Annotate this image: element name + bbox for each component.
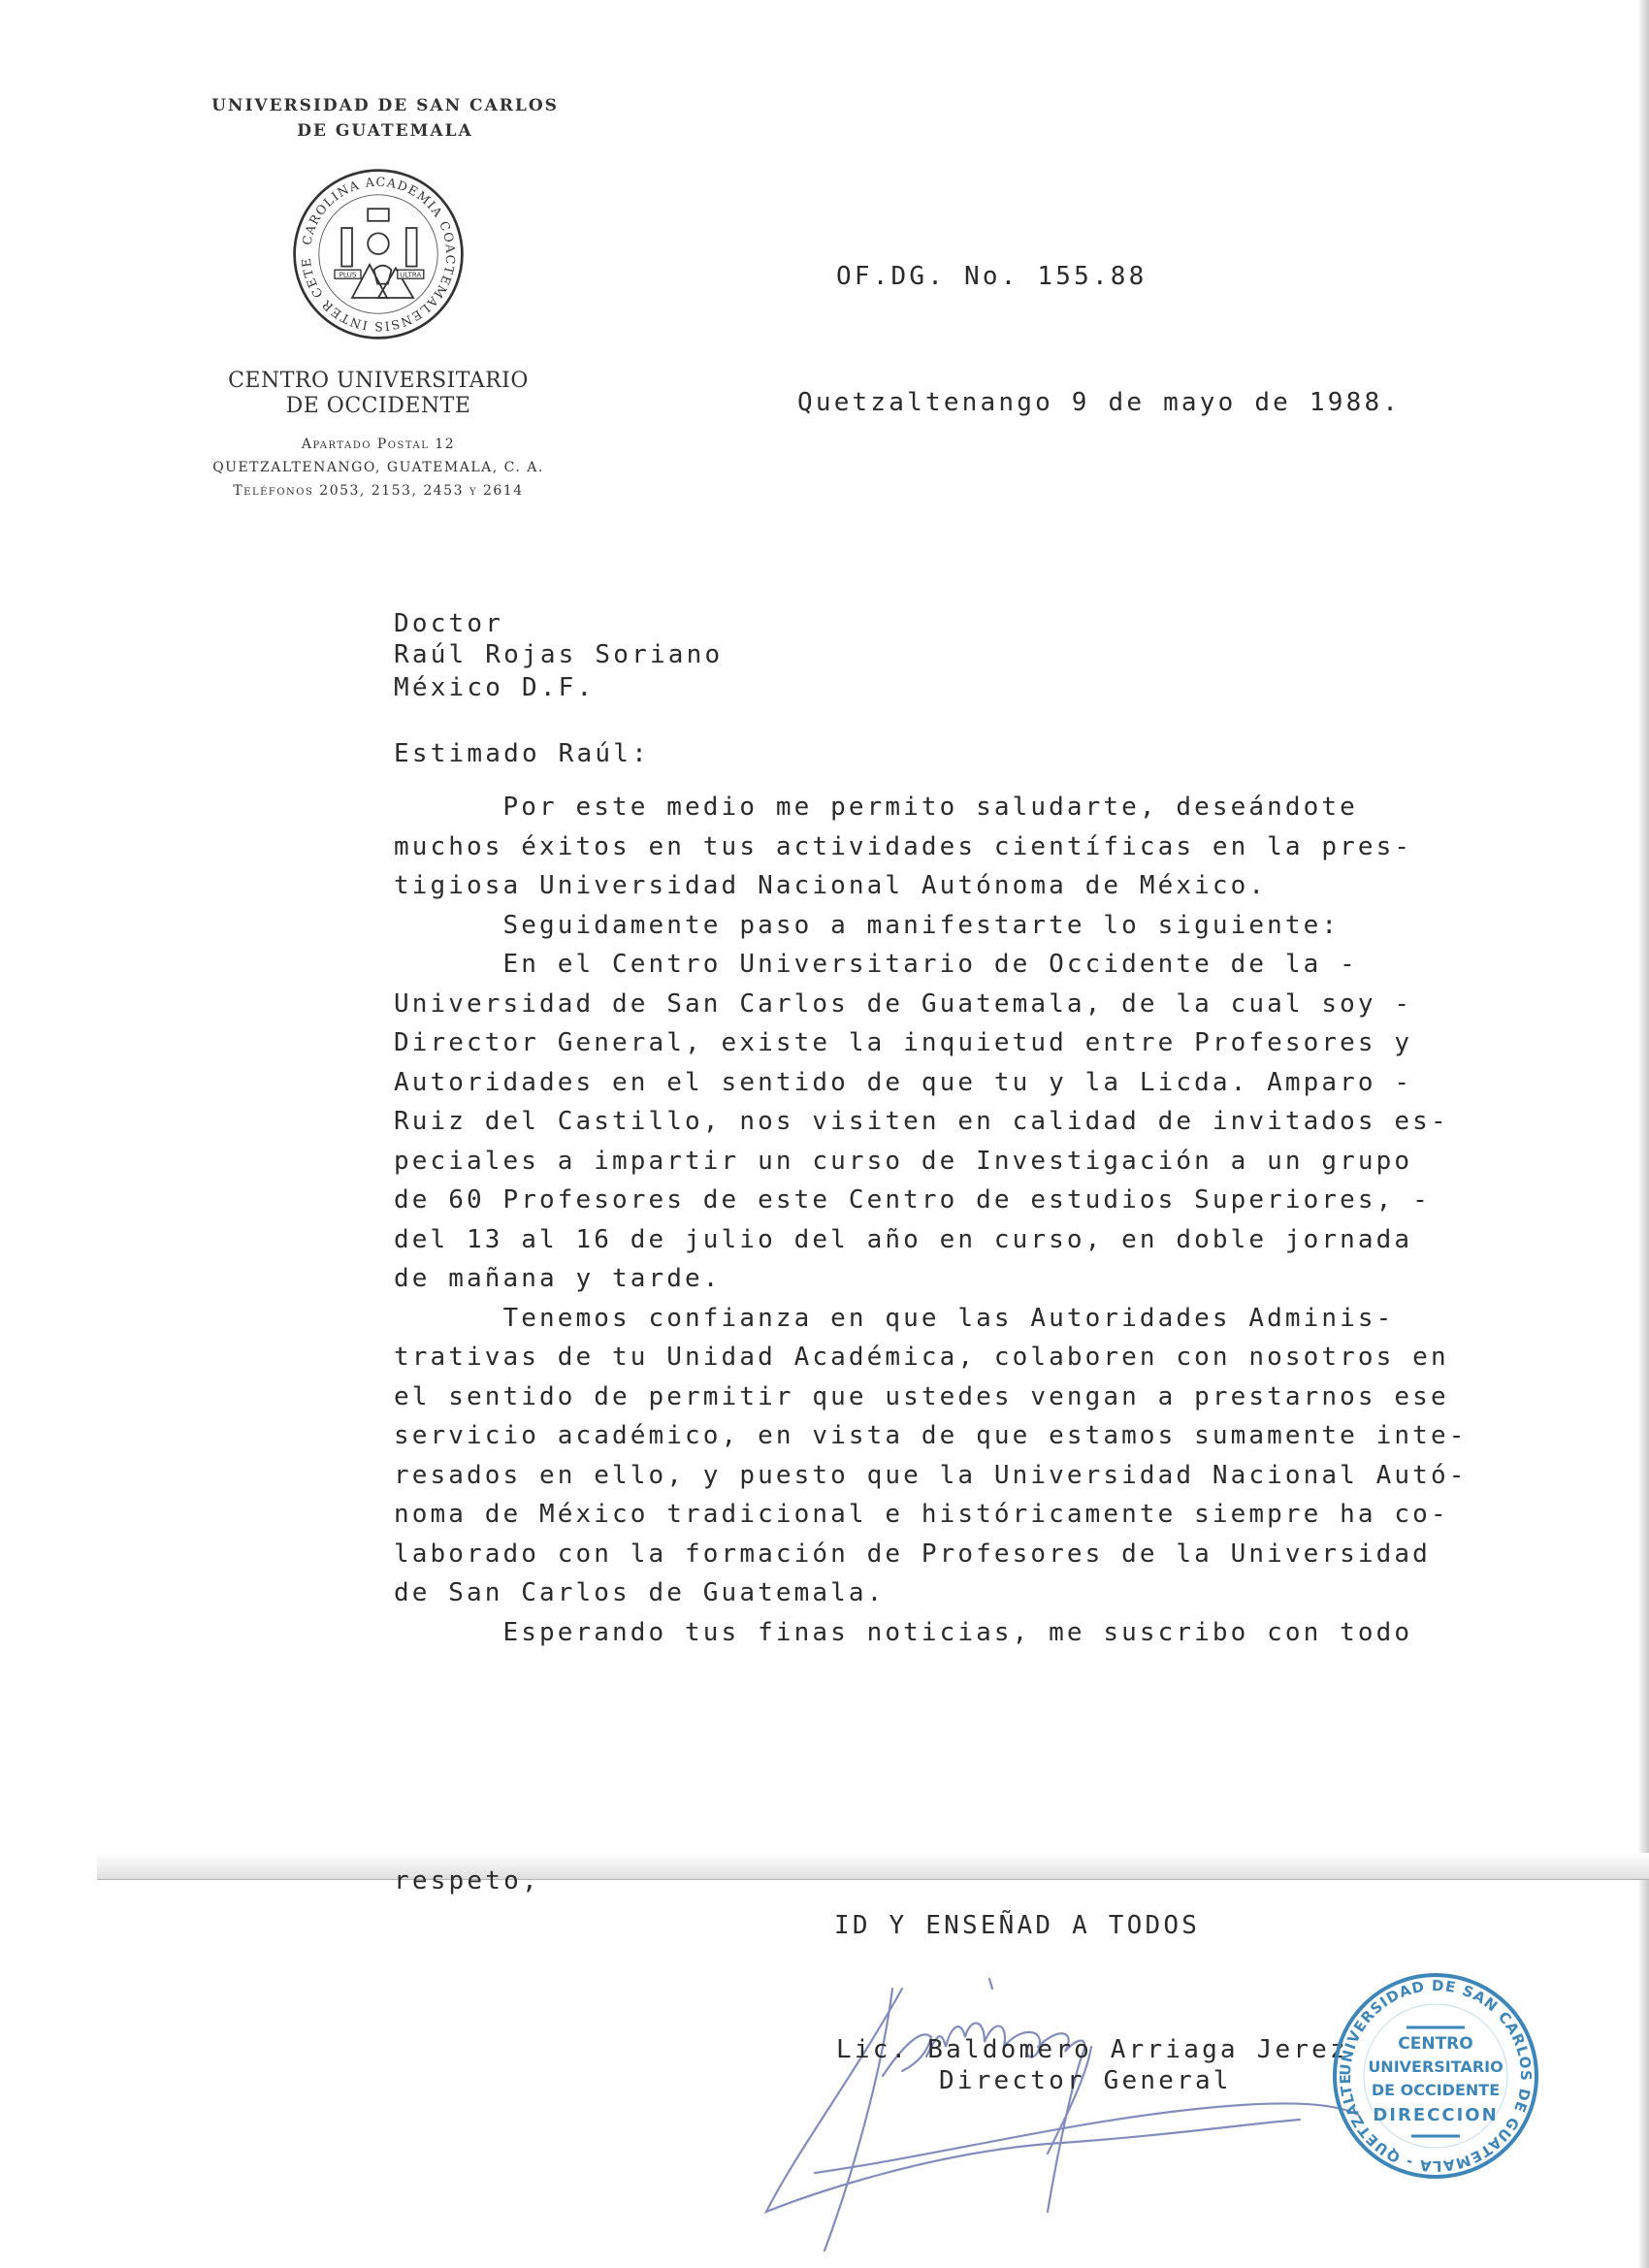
svg-text:ULTRA: ULTRA bbox=[400, 270, 421, 278]
body-line: del 13 al 16 de julio del año en curso, … bbox=[394, 1220, 1519, 1260]
svg-text:DIRECCION: DIRECCION bbox=[1373, 2105, 1498, 2125]
body-line: el sentido de permitir que ustedes venga… bbox=[394, 1377, 1519, 1417]
body-line: Por este medio me permito saludarte, des… bbox=[394, 788, 1519, 827]
svg-text:UNIVERSITARIO: UNIVERSITARIO bbox=[1368, 2057, 1503, 2076]
body-line: Tenemos confianza en que las Autoridades… bbox=[394, 1299, 1519, 1339]
postal-address: Apartado Postal 12 bbox=[155, 433, 601, 456]
letter-body: Por este medio me permito saludarte, des… bbox=[394, 788, 1519, 1652]
body-line: Universidad de San Carlos de Guatemala, … bbox=[394, 985, 1519, 1024]
salutation: Estimado Raúl: bbox=[394, 739, 650, 768]
body-line: Autoridades en el sentido de que tu y la… bbox=[394, 1063, 1519, 1103]
centro-name-line2: DE OCCIDENTE bbox=[155, 394, 601, 419]
letterhead: UNIVERSIDAD DE SAN CARLOS DE GUATEMALA C… bbox=[155, 93, 601, 502]
svg-text:PLUS: PLUS bbox=[339, 270, 357, 278]
university-name-line1: UNIVERSIDAD DE SAN CARLOS bbox=[169, 93, 601, 118]
signatory-position: Director General bbox=[939, 2066, 1232, 2095]
university-seal-icon: CAROLINA ACADEMIA COACTEMALENSIS INTER C… bbox=[291, 167, 466, 341]
body-line: muchos éxitos en tus actividades científ… bbox=[394, 827, 1519, 867]
centro-name-line1: CENTRO UNIVERSITARIO bbox=[155, 369, 601, 394]
body-line: En el Centro Universitario de Occidente … bbox=[394, 945, 1519, 985]
body-line: Ruiz del Castillo, nos visiten en calida… bbox=[394, 1102, 1519, 1142]
date-line: Quetzaltenango 9 de mayo de 1988. bbox=[797, 388, 1401, 417]
signatory-name: Lic. Baldomero Arriaga Jerez bbox=[836, 2035, 1348, 2064]
body-line: de San Carlos de Guatemala. bbox=[394, 1573, 1519, 1613]
body-line: Director General, existe la inquietud en… bbox=[394, 1023, 1519, 1063]
body-line: noma de México tradicional e históricame… bbox=[394, 1495, 1519, 1535]
recipient-name: Raúl Rojas Soriano bbox=[394, 640, 723, 669]
svg-text:CENTRO: CENTRO bbox=[1398, 2034, 1472, 2054]
body-line: servicio académico, en vista de que esta… bbox=[394, 1416, 1519, 1456]
body-line: de 60 Profesores de este Centro de estud… bbox=[394, 1181, 1519, 1220]
recipient-location: México D.F. bbox=[394, 673, 595, 702]
body-line: de mañana y tarde. bbox=[394, 1259, 1519, 1299]
body-line: laborado con la formación de Profesores … bbox=[394, 1535, 1519, 1574]
svg-text:DE OCCIDENTE: DE OCCIDENTE bbox=[1372, 2081, 1500, 2099]
body-line: tigiosa Universidad Nacional Autónoma de… bbox=[394, 866, 1519, 906]
recipient-title: Doctor bbox=[394, 609, 503, 638]
university-name-line2: DE GUATEMALA bbox=[169, 118, 601, 144]
closing: respeto, bbox=[394, 1866, 540, 1895]
city-address: QUETZALTENANGO, GUATEMALA, C. A. bbox=[155, 456, 601, 479]
motto: ID Y ENSEÑAD A TODOS bbox=[834, 1911, 1200, 1940]
body-line: Seguidamente paso a manifestarte lo sigu… bbox=[394, 906, 1519, 946]
official-stamp-icon: UNIVERSIDAD DE SAN CARLOS DE GUATEMALA -… bbox=[1329, 1969, 1542, 2183]
reference-number: OF.DG. No. 155.88 bbox=[836, 262, 1148, 291]
body-line: Esperando tus finas noticias, me suscrib… bbox=[394, 1613, 1519, 1653]
body-line: peciales a impartir un curso de Investig… bbox=[394, 1142, 1519, 1182]
paper-fold-line bbox=[97, 1853, 1649, 1880]
page-edge-shadow bbox=[1639, 0, 1649, 2268]
body-line: resados en ello, y puesto que la Univers… bbox=[394, 1456, 1519, 1496]
phone-numbers: Teléfonos 2053, 2153, 2453 y 2614 bbox=[155, 479, 601, 502]
body-line: trativas de tu Unidad Académica, colabor… bbox=[394, 1338, 1519, 1377]
